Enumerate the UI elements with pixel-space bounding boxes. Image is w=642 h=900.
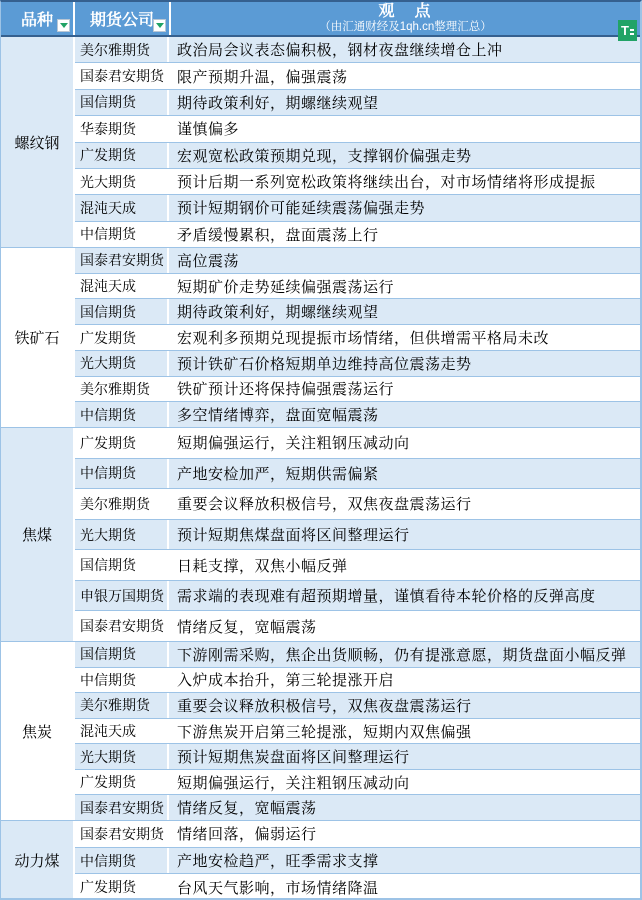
company-cell: 中信期货: [75, 402, 169, 427]
viewpoint-cell: 政治局会议表态偏积极，钢材夜盘继续增仓上冲: [169, 37, 640, 62]
table-row: 国泰君安期货情绪反复，宽幅震荡: [75, 795, 640, 820]
header-cell-viewpoint: 观 点 （由汇通财经及1qh.cn整理汇总）: [171, 2, 640, 35]
table-row: 中信期货矛盾缓慢累积，盘面震荡上行: [75, 222, 640, 247]
commodity-section: 焦炭国信期货下游刚需采购，焦企出货顺畅，仍有提涨意愿，期货盘面小幅反弹中信期货入…: [1, 642, 640, 821]
variety-cell: 焦煤: [1, 428, 75, 641]
table-row: 光大期货预计后期一系列宽松政策将继续出台，对市场情绪将形成提振: [75, 169, 640, 195]
viewpoint-cell: 预计短期焦炭盘面将区间整理运行: [169, 744, 640, 769]
table-row: 中信期货产地安检趋严，旺季需求支撑: [75, 848, 640, 875]
viewpoint-cell: 预计短期焦煤盘面将区间整理运行: [169, 520, 640, 550]
table-row: 混沌天成预计短期钢价可能延续震荡偏强走势: [75, 195, 640, 221]
viewpoint-cell: 情绪反复，宽幅震荡: [169, 611, 640, 641]
table-row: 国信期货日耗支撑，双焦小幅反弹: [75, 550, 640, 581]
table-row: 广发期货台风天气影响，市场情绪降温: [75, 874, 640, 900]
viewpoint-cell: 矛盾缓慢累积，盘面震荡上行: [169, 222, 640, 247]
commodity-section: 螺纹钢美尔雅期货政治局会议表态偏积极，钢材夜盘继续增仓上冲国泰君安期货限产预期升…: [1, 37, 640, 248]
company-cell: 混沌天成: [75, 719, 169, 744]
company-cell: 中信期货: [75, 459, 169, 489]
company-cell: 美尔雅期货: [75, 37, 169, 62]
company-cell: 美尔雅期货: [75, 693, 169, 718]
company-cell: 光大期货: [75, 351, 169, 376]
viewpoint-cell: 宏观利多预期兑现提振市场情绪，但供增需平格局未改: [169, 325, 640, 350]
viewpoint-cell: 短期矿价走势延续偏强震荡运行: [169, 274, 640, 299]
header-viewpoint-subtitle: （由汇通财经及1qh.cn整理汇总）: [319, 21, 492, 33]
company-cell: 美尔雅期货: [75, 489, 169, 519]
company-filter-button[interactable]: [153, 19, 166, 32]
section-rows: 国信期货下游刚需采购，焦企出货顺畅，仍有提涨意愿，期货盘面小幅反弹中信期货入炉成…: [75, 642, 640, 820]
brand-badge-letter: T: [621, 24, 629, 37]
viewpoint-cell: 铁矿预计还将保持偏强震荡运行: [169, 377, 640, 402]
viewpoint-cell: 入炉成本抬升，第三轮提涨开启: [169, 668, 640, 693]
table-row: 华泰期货谨慎偏多: [75, 116, 640, 142]
company-cell: 美尔雅期货: [75, 377, 169, 402]
table-row: 美尔雅期货铁矿预计还将保持偏强震荡运行: [75, 377, 640, 403]
table-row: 中信期货入炉成本抬升，第三轮提涨开启: [75, 668, 640, 694]
viewpoint-cell: 下游焦炭开启第三轮提涨，短期内双焦偏强: [169, 719, 640, 744]
table-header: 品种 期货公司 观 点 （由汇通财经及1qh.cn整理汇总）: [1, 2, 640, 37]
section-rows: 美尔雅期货政治局会议表态偏积极，钢材夜盘继续增仓上冲国泰君安期货限产预期升温，偏…: [75, 37, 640, 247]
viewpoint-cell: 台风天气影响，市场情绪降温: [169, 874, 640, 900]
commodity-section: 动力煤国泰君安期货情绪回落，偏弱运行中信期货产地安检趋严，旺季需求支撑广发期货台…: [1, 821, 640, 900]
company-cell: 国信期货: [75, 550, 169, 580]
viewpoint-cell: 限产预期升温，偏强震荡: [169, 63, 640, 88]
company-cell: 华泰期货: [75, 116, 169, 141]
company-cell: 申银万国期货: [75, 581, 169, 611]
table-row: 混沌天成短期矿价走势延续偏强震荡运行: [75, 274, 640, 300]
viewpoint-cell: 预计短期钢价可能延续震荡偏强走势: [169, 195, 640, 220]
company-cell: 国信期货: [75, 299, 169, 324]
variety-cell: 螺纹钢: [1, 37, 75, 247]
table-row: 国信期货下游刚需采购，焦企出货顺畅，仍有提涨意愿，期货盘面小幅反弹: [75, 642, 640, 668]
header-viewpoint-label: 观 点: [378, 4, 432, 21]
company-cell: 光大期货: [75, 744, 169, 769]
table-row: 光大期货预计铁矿石价格短期单边维持高位震荡走势: [75, 351, 640, 377]
viewpoint-cell: 下游刚需采购，焦企出货顺畅，仍有提涨意愿，期货盘面小幅反弹: [169, 642, 640, 667]
company-cell: 国泰君安期货: [75, 611, 169, 641]
company-cell: 广发期货: [75, 874, 169, 900]
section-rows: 国泰君安期货情绪回落，偏弱运行中信期货产地安检趋严，旺季需求支撑广发期货台风天气…: [75, 821, 640, 900]
table-row: 广发期货宏观宽松政策预期兑现，支撑钢价偏强走势: [75, 143, 640, 169]
viewpoint-cell: 日耗支撑，双焦小幅反弹: [169, 550, 640, 580]
company-cell: 国信期货: [75, 90, 169, 115]
company-cell: 中信期货: [75, 668, 169, 693]
table-row: 国泰君安期货限产预期升温，偏强震荡: [75, 63, 640, 89]
table-row: 美尔雅期货重要会议释放积极信号，双焦夜盘震荡运行: [75, 693, 640, 719]
futures-viewpoint-table: 品种 期货公司 观 点 （由汇通财经及1qh.cn整理汇总） T 螺纹钢美尔雅期…: [0, 0, 642, 900]
table-body: 螺纹钢美尔雅期货政治局会议表态偏积极，钢材夜盘继续增仓上冲国泰君安期货限产预期升…: [1, 37, 640, 900]
variety-cell: 铁矿石: [1, 248, 75, 427]
table-row: 广发期货短期偏强运行，关注粗钢压减动向: [75, 428, 640, 459]
header-company-label: 期货公司: [90, 7, 154, 30]
variety-cell: 焦炭: [1, 642, 75, 820]
table-row: 国信期货期待政策利好，期螺继续观望: [75, 90, 640, 116]
table-row: 国信期货期待政策利好，期螺继续观望: [75, 299, 640, 325]
company-cell: 混沌天成: [75, 195, 169, 220]
viewpoint-cell: 预计后期一系列宽松政策将继续出台，对市场情绪将形成提振: [169, 169, 640, 194]
viewpoint-cell: 产地安检加严，短期供需偏紧: [169, 459, 640, 489]
table-row: 混沌天成下游焦炭开启第三轮提涨，短期内双焦偏强: [75, 719, 640, 745]
filter-dropdown-icon: [156, 23, 164, 28]
company-cell: 光大期货: [75, 169, 169, 194]
viewpoint-cell: 预计铁矿石价格短期单边维持高位震荡走势: [169, 351, 640, 376]
company-cell: 广发期货: [75, 428, 169, 458]
company-cell: 光大期货: [75, 520, 169, 550]
viewpoint-cell: 短期偏强运行，关注粗钢压减动向: [169, 428, 640, 458]
company-cell: 广发期货: [75, 770, 169, 795]
commodity-section: 焦煤广发期货短期偏强运行，关注粗钢压减动向中信期货产地安检加严，短期供需偏紧美尔…: [1, 428, 640, 642]
filter-dropdown-icon: [60, 23, 68, 28]
header-cell-variety: 品种: [1, 2, 75, 35]
brand-badge-bars: [630, 29, 634, 35]
table-row: 国泰君安期货高位震荡: [75, 248, 640, 274]
viewpoint-cell: 短期偏强运行，关注粗钢压减动向: [169, 770, 640, 795]
table-row: 国泰君安期货情绪回落，偏弱运行: [75, 821, 640, 848]
viewpoint-cell: 宏观宽松政策预期兑现，支撑钢价偏强走势: [169, 143, 640, 168]
table-row: 美尔雅期货政治局会议表态偏积极，钢材夜盘继续增仓上冲: [75, 37, 640, 63]
company-cell: 国信期货: [75, 642, 169, 667]
table-row: 广发期货短期偏强运行，关注粗钢压减动向: [75, 770, 640, 796]
section-rows: 广发期货短期偏强运行，关注粗钢压减动向中信期货产地安检加严，短期供需偏紧美尔雅期…: [75, 428, 640, 641]
company-cell: 中信期货: [75, 848, 169, 874]
company-cell: 国泰君安期货: [75, 248, 169, 273]
viewpoint-cell: 谨慎偏多: [169, 116, 640, 141]
table-row: 中信期货多空情绪博弈，盘面宽幅震荡: [75, 402, 640, 427]
company-cell: 广发期货: [75, 325, 169, 350]
table-row: 申银万国期货需求端的表现难有超预期增量，谨慎看待本轮价格的反弹高度: [75, 581, 640, 612]
header-variety-label: 品种: [21, 7, 53, 30]
company-cell: 国泰君安期货: [75, 795, 169, 820]
header-cell-company: 期货公司: [75, 2, 171, 35]
viewpoint-cell: 重要会议释放积极信号，双焦夜盘震荡运行: [169, 489, 640, 519]
company-cell: 国泰君安期货: [75, 63, 169, 88]
company-cell: 中信期货: [75, 222, 169, 247]
company-cell: 国泰君安期货: [75, 821, 169, 847]
section-rows: 国泰君安期货高位震荡混沌天成短期矿价走势延续偏强震荡运行国信期货期待政策利好，期…: [75, 248, 640, 427]
viewpoint-cell: 情绪反复，宽幅震荡: [169, 795, 640, 820]
viewpoint-cell: 重要会议释放积极信号，双焦夜盘震荡运行: [169, 693, 640, 718]
commodity-section: 铁矿石国泰君安期货高位震荡混沌天成短期矿价走势延续偏强震荡运行国信期货期待政策利…: [1, 248, 640, 428]
table-row: 中信期货产地安检加严，短期供需偏紧: [75, 459, 640, 490]
company-cell: 广发期货: [75, 143, 169, 168]
viewpoint-cell: 期待政策利好，期螺继续观望: [169, 90, 640, 115]
variety-cell: 动力煤: [1, 821, 75, 900]
variety-filter-button[interactable]: [57, 19, 70, 32]
viewpoint-cell: 期待政策利好，期螺继续观望: [169, 299, 640, 324]
table-row: 光大期货预计短期焦炭盘面将区间整理运行: [75, 744, 640, 770]
viewpoint-cell: 多空情绪博弈，盘面宽幅震荡: [169, 402, 640, 427]
brand-badge-icon: T: [618, 20, 637, 41]
viewpoint-cell: 产地安检趋严，旺季需求支撑: [169, 848, 640, 874]
viewpoint-cell: 高位震荡: [169, 248, 640, 273]
viewpoint-cell: 情绪回落，偏弱运行: [169, 821, 640, 847]
table-row: 国泰君安期货情绪反复，宽幅震荡: [75, 611, 640, 641]
table-row: 光大期货预计短期焦煤盘面将区间整理运行: [75, 520, 640, 551]
company-cell: 混沌天成: [75, 274, 169, 299]
viewpoint-cell: 需求端的表现难有超预期增量，谨慎看待本轮价格的反弹高度: [169, 581, 640, 611]
table-row: 美尔雅期货重要会议释放积极信号，双焦夜盘震荡运行: [75, 489, 640, 520]
table-row: 广发期货宏观利多预期兑现提振市场情绪，但供增需平格局未改: [75, 325, 640, 351]
